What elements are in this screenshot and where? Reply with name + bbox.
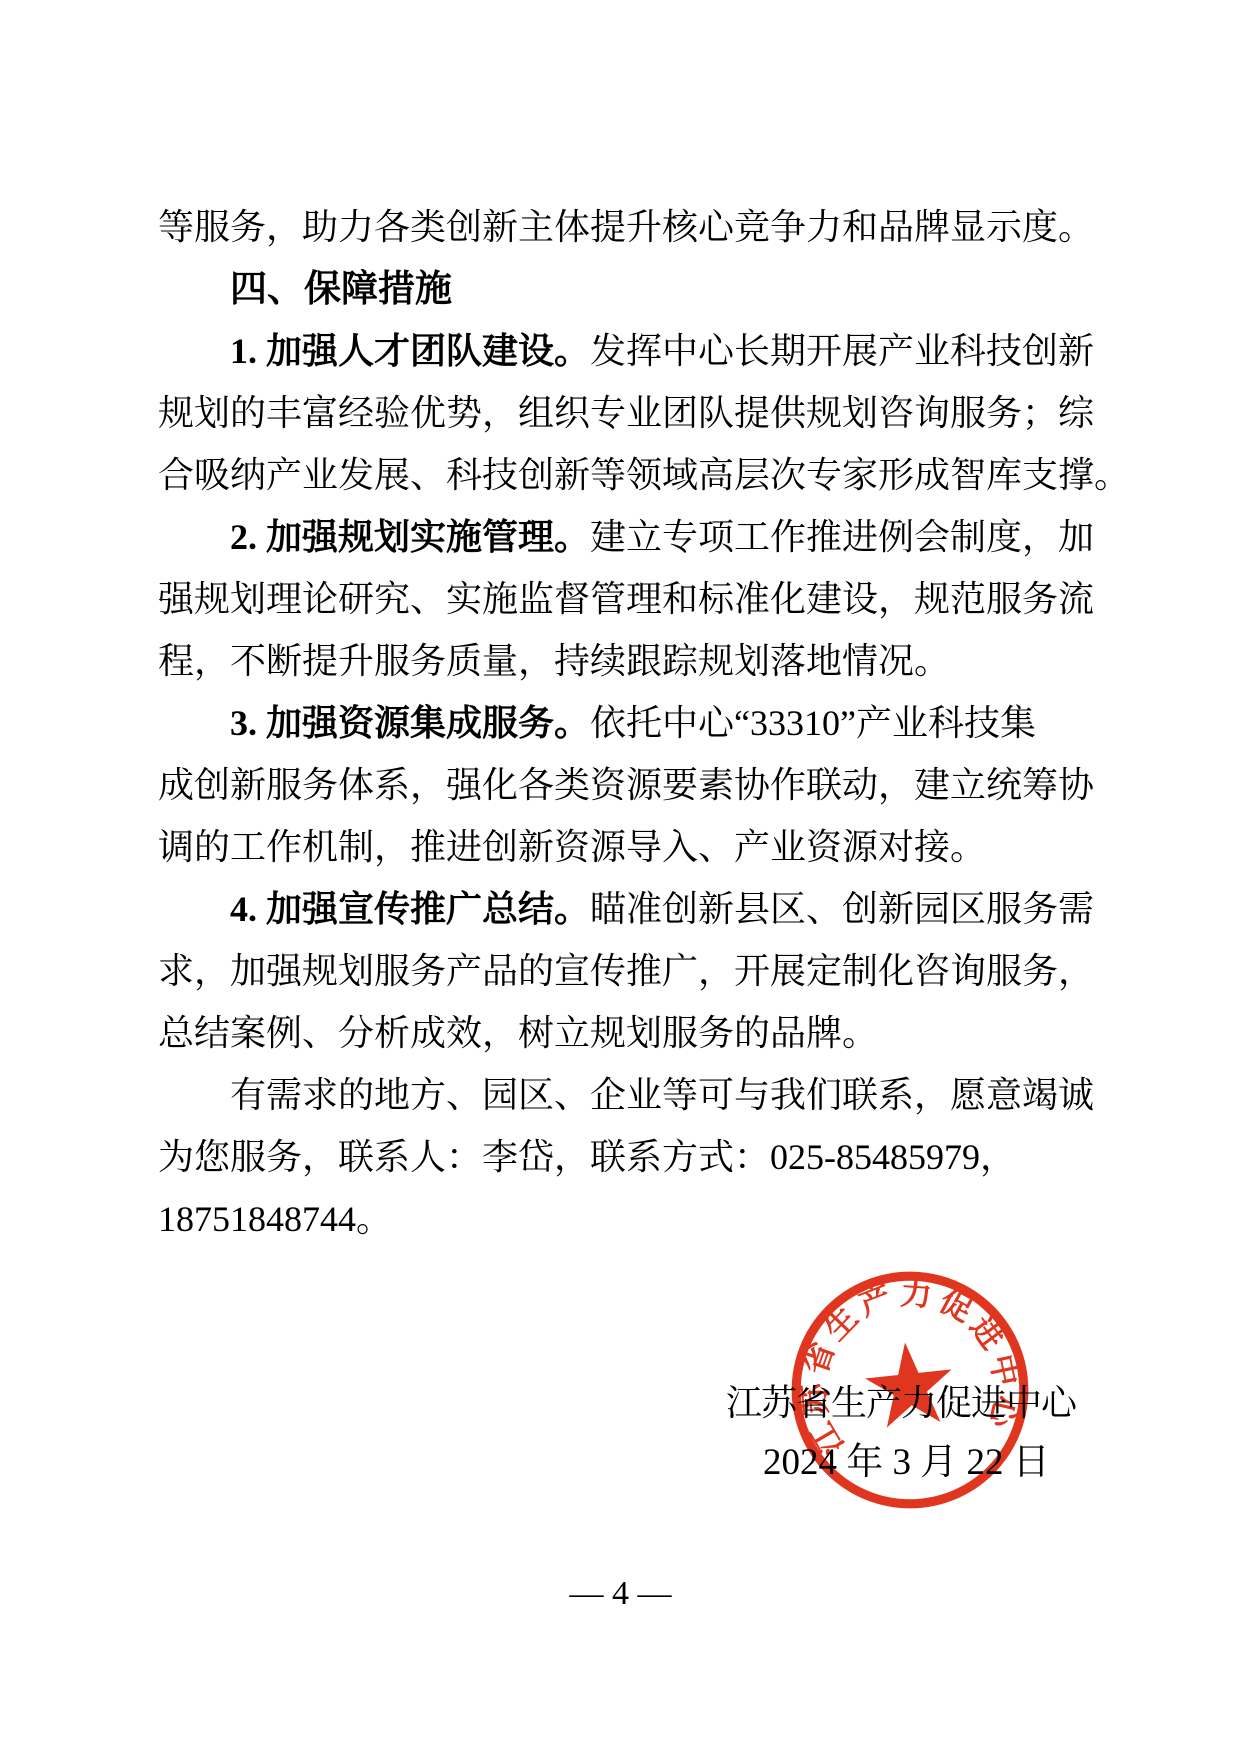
body-line: 合吸纳产业发展、科技创新等领域高层次专家形成智库支撑。: [158, 444, 1103, 506]
paragraph-lead: 3. 加强资源集成服务。: [230, 703, 590, 743]
body-line: 规划的丰富经验优势，组织专业团队提供规划咨询服务；综: [158, 382, 1103, 444]
paragraph-lead: 1. 加强人才团队建设。: [230, 331, 590, 371]
paragraph-lead: 4. 加强宣传推广总结。: [230, 889, 590, 929]
body-line: 强规划理论研究、实施监督管理和标准化建设，规范服务流: [158, 568, 1103, 630]
paragraph-text: 建立专项工作推进例会制度，加: [590, 517, 1094, 557]
body-line: 等服务，助力各类创新主体提升核心竞争力和品牌显示度。: [158, 196, 1103, 258]
body-line: 2. 加强规划实施管理。建立专项工作推进例会制度，加: [158, 506, 1103, 568]
body-line: 为您服务，联系人：李岱，联系方式：025-85485979，: [158, 1126, 1103, 1188]
body-line: 1. 加强人才团队建设。发挥中心长期开展产业科技创新: [158, 320, 1103, 382]
seal-star-icon: [862, 1338, 957, 1429]
body-line: 18751848744。: [158, 1188, 1103, 1250]
page-number: — 4 —: [0, 1572, 1241, 1616]
official-seal: 江苏省生产力促进中心: [770, 1250, 1049, 1529]
body-line: 3. 加强资源集成服务。依托中心“33310”产业科技集: [158, 692, 1103, 754]
document-page: 等服务，助力各类创新主体提升核心竞争力和品牌显示度。 四、保障措施 1. 加强人…: [0, 0, 1241, 1755]
section-heading: 四、保障措施: [158, 258, 1103, 320]
body-line: 总结案例、分析成效，树立规划服务的品牌。: [158, 1002, 1103, 1064]
body-line: 调的工作机制，推进创新资源导入、产业资源对接。: [158, 816, 1103, 878]
body-line: 4. 加强宣传推广总结。瞄准创新县区、创新园区服务需: [158, 878, 1103, 940]
body-line: 程，不断提升服务质量，持续跟踪规划落地情况。: [158, 630, 1103, 692]
paragraph-text: 瞄准创新县区、创新园区服务需: [590, 889, 1094, 929]
document-body: 等服务，助力各类创新主体提升核心竞争力和品牌显示度。 四、保障措施 1. 加强人…: [158, 196, 1103, 1250]
paragraph-text: 依托中心“33310”产业科技集: [590, 703, 1036, 743]
body-line: 有需求的地方、园区、企业等可与我们联系，愿意竭诚: [158, 1064, 1103, 1126]
body-line: 求，加强规划服务产品的宣传推广，开展定制化咨询服务，: [158, 940, 1103, 1002]
body-line: 成创新服务体系，强化各类资源要素协作联动，建立统筹协: [158, 754, 1103, 816]
paragraph-lead: 2. 加强规划实施管理。: [230, 517, 590, 557]
paragraph-text: 发挥中心长期开展产业科技创新: [590, 331, 1094, 371]
